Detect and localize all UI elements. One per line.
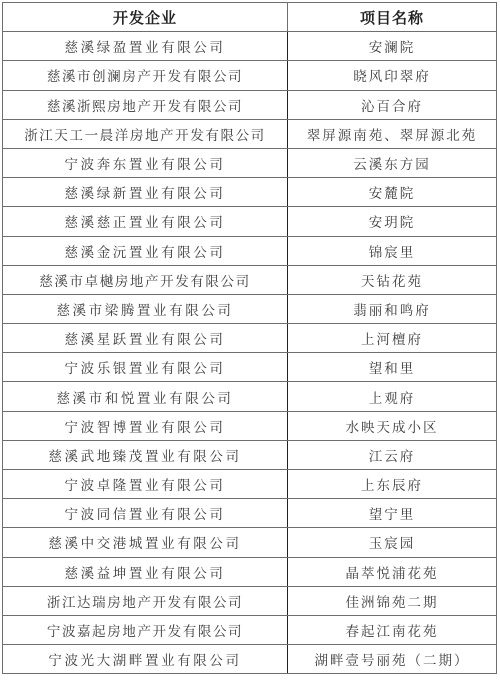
table-row: 慈溪浙熙房地产开发有限公司沁百合府 <box>3 90 497 119</box>
developer-cell: 宁波卓隆置业有限公司 <box>3 470 288 499</box>
table-row: 慈溪益坤置业有限公司晶萃悦浦花苑 <box>3 557 497 586</box>
developer-cell: 慈溪市创澜房产开发有限公司 <box>3 61 288 90</box>
header-developer: 开发企业 <box>3 3 288 32</box>
developer-cell: 慈溪市和悦置业有限公司 <box>3 382 288 411</box>
table-row: 宁波乐银置业有限公司望和里 <box>3 353 497 382</box>
project-name-cell: 望宁里 <box>288 499 497 528</box>
project-name-cell: 春起江南花苑 <box>288 615 497 644</box>
project-name-cell: 翡丽和鸣府 <box>288 294 497 323</box>
table-row: 宁波嘉起房地产开发有限公司春起江南花苑 <box>3 615 497 644</box>
project-name-cell: 玉宸园 <box>288 528 497 557</box>
project-name-cell: 晶萃悦浦花苑 <box>288 557 497 586</box>
table-row: 慈溪中交港城置业有限公司玉宸园 <box>3 528 497 557</box>
project-name-cell: 上东辰府 <box>288 470 497 499</box>
project-name-cell: 湖畔壹号丽苑（二期） <box>288 645 497 674</box>
project-name-cell: 安澜院 <box>288 32 497 61</box>
table-row: 慈溪绿新置业有限公司安麓院 <box>3 178 497 207</box>
header-project-name: 项目名称 <box>288 3 497 32</box>
table-row: 慈溪市和悦置业有限公司上观府 <box>3 382 497 411</box>
table-row: 宁波卓隆置业有限公司上东辰府 <box>3 470 497 499</box>
project-name-cell: 水映天成小区 <box>288 411 497 440</box>
table-body: 慈溪绿盈置业有限公司安澜院慈溪市创澜房产开发有限公司晓风印翠府慈溪浙熙房地产开发… <box>3 32 497 674</box>
project-name-cell: 上河檀府 <box>288 324 497 353</box>
table-row: 慈溪慈正置业有限公司安玥院 <box>3 207 497 236</box>
project-name-cell: 翠屏源南苑、翠屏源北苑 <box>288 119 497 148</box>
project-name-cell: 锦宸里 <box>288 236 497 265</box>
developer-cell: 慈溪市梁腾置业有限公司 <box>3 294 288 323</box>
developer-cell: 慈溪浙熙房地产开发有限公司 <box>3 90 288 119</box>
developer-cell: 慈溪中交港城置业有限公司 <box>3 528 288 557</box>
developer-cell: 浙江天工一晨洋房地产开发有限公司 <box>3 119 288 148</box>
developer-cell: 慈溪市卓樾房地产开发有限公司 <box>3 265 288 294</box>
developer-project-table: 开发企业 项目名称 慈溪绿盈置业有限公司安澜院慈溪市创澜房产开发有限公司晓风印翠… <box>2 2 497 674</box>
developer-cell: 慈溪绿新置业有限公司 <box>3 178 288 207</box>
developer-cell: 慈溪金沅置业有限公司 <box>3 236 288 265</box>
table-row: 慈溪星跃置业有限公司上河檀府 <box>3 324 497 353</box>
developer-cell: 慈溪绿盈置业有限公司 <box>3 32 288 61</box>
project-name-cell: 江云府 <box>288 440 497 469</box>
table-row: 浙江达瑞房地产开发有限公司佳洲锦苑二期 <box>3 586 497 615</box>
developer-cell: 宁波奔东置业有限公司 <box>3 148 288 177</box>
table-row: 慈溪金沅置业有限公司锦宸里 <box>3 236 497 265</box>
developer-cell: 宁波乐银置业有限公司 <box>3 353 288 382</box>
project-name-cell: 上观府 <box>288 382 497 411</box>
project-name-cell: 安麓院 <box>288 178 497 207</box>
table-row: 宁波奔东置业有限公司云溪东方园 <box>3 148 497 177</box>
developer-cell: 慈溪慈正置业有限公司 <box>3 207 288 236</box>
table-row: 宁波同信置业有限公司望宁里 <box>3 499 497 528</box>
project-name-cell: 云溪东方园 <box>288 148 497 177</box>
project-name-cell: 安玥院 <box>288 207 497 236</box>
table-row: 宁波光大湖畔置业有限公司湖畔壹号丽苑（二期） <box>3 645 497 674</box>
project-name-cell: 晓风印翠府 <box>288 61 497 90</box>
table-row: 慈溪市卓樾房地产开发有限公司天钻花苑 <box>3 265 497 294</box>
table-header-row: 开发企业 项目名称 <box>3 3 497 32</box>
table-row: 浙江天工一晨洋房地产开发有限公司翠屏源南苑、翠屏源北苑 <box>3 119 497 148</box>
table-row: 慈溪武地臻茂置业有限公司江云府 <box>3 440 497 469</box>
project-name-cell: 望和里 <box>288 353 497 382</box>
developer-cell: 浙江达瑞房地产开发有限公司 <box>3 586 288 615</box>
project-name-cell: 天钻花苑 <box>288 265 497 294</box>
developer-cell: 宁波嘉起房地产开发有限公司 <box>3 615 288 644</box>
developer-cell: 宁波智博置业有限公司 <box>3 411 288 440</box>
developer-cell: 慈溪武地臻茂置业有限公司 <box>3 440 288 469</box>
developer-cell: 宁波光大湖畔置业有限公司 <box>3 645 288 674</box>
developer-cell: 慈溪星跃置业有限公司 <box>3 324 288 353</box>
table-row: 慈溪市梁腾置业有限公司翡丽和鸣府 <box>3 294 497 323</box>
developer-project-table-container: 开发企业 项目名称 慈溪绿盈置业有限公司安澜院慈溪市创澜房产开发有限公司晓风印翠… <box>2 2 496 674</box>
developer-cell: 慈溪益坤置业有限公司 <box>3 557 288 586</box>
table-row: 慈溪市创澜房产开发有限公司晓风印翠府 <box>3 61 497 90</box>
project-name-cell: 佳洲锦苑二期 <box>288 586 497 615</box>
table-row: 慈溪绿盈置业有限公司安澜院 <box>3 32 497 61</box>
table-row: 宁波智博置业有限公司水映天成小区 <box>3 411 497 440</box>
developer-cell: 宁波同信置业有限公司 <box>3 499 288 528</box>
project-name-cell: 沁百合府 <box>288 90 497 119</box>
